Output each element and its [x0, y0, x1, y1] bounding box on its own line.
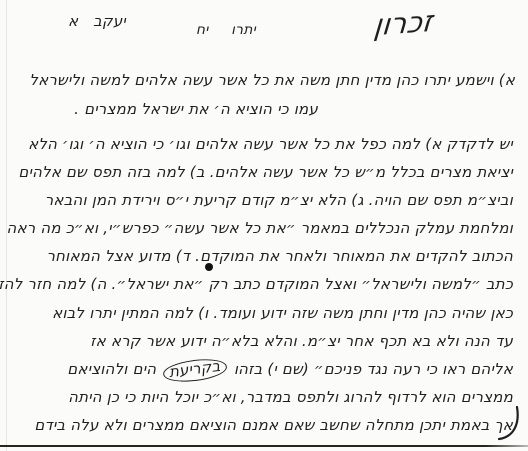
- commentary-line: כתב ״למשה ולישראל״ ואצל המוקדם כתב רק ״א…: [0, 270, 513, 298]
- parsha-title: יתרו יח: [196, 22, 256, 38]
- commentary-line: הכתוב להקדים את המאוחר ולאחר את המוקדם. …: [0, 242, 513, 270]
- commentary-line-with-correction: אליהם ראו כי רעה נגד פניכם״ (שם י) בזהו …: [0, 355, 513, 383]
- title-flourish: זכרון: [373, 4, 435, 42]
- ink-flourish: [497, 405, 523, 443]
- manuscript-page: זכרון יתרו יח יעקב א א) וישמע יתרו כהן מ…: [0, 0, 528, 451]
- commentary-line: ממצרים הוא לרדוף להרוג ולתפס במדבר, וא״כ…: [0, 383, 513, 411]
- commentary-line: ומלחמת עמלק הנכללים במאמר ״את כל אשר עשה…: [0, 214, 513, 242]
- commentary-line: יש לדקדק א) למה כפל את כל אשר עשה אלהים …: [0, 130, 513, 158]
- ink-blot: [205, 263, 213, 271]
- commentary-line: כאן שהיה כהן מדין וחתן משה שזה ידוע ועומ…: [0, 299, 513, 327]
- bottom-rule: [0, 445, 528, 447]
- correction-text-before: אליהם ראו כי רעה נגד פניכם״ (שם י) בזהו: [234, 360, 513, 378]
- verse-line: עמו כי הוציא ה׳ את ישראל ממצרים .: [74, 100, 318, 118]
- verse-line: א) וישמע יתרו כהן מדין חתן משה את כל אשר…: [29, 71, 515, 89]
- commentary-line: יציאת מצרים בכלל מ״ש כל אשר עשה אלהים. ב…: [0, 158, 513, 186]
- section-title: יעקב א: [68, 12, 126, 30]
- commentary-block: יש לדקדק א) למה כפל את כל אשר עשה אלהים …: [0, 130, 513, 439]
- commentary-line: אך באמת יתכן מתחלה שחשב שאם אמנם הוציאם …: [0, 411, 513, 439]
- correction-text-after: הים ולהוציאם: [67, 360, 156, 378]
- commentary-line: עד הנה ולא בא תכף אחר יצ״מ. והלא בלא״ה י…: [0, 327, 513, 355]
- commentary-line: וביצ״מ תפס שם הויה. ג) הלא יצ״מ קודם קרי…: [0, 186, 513, 214]
- correction-circle: בקריעת: [162, 356, 228, 384]
